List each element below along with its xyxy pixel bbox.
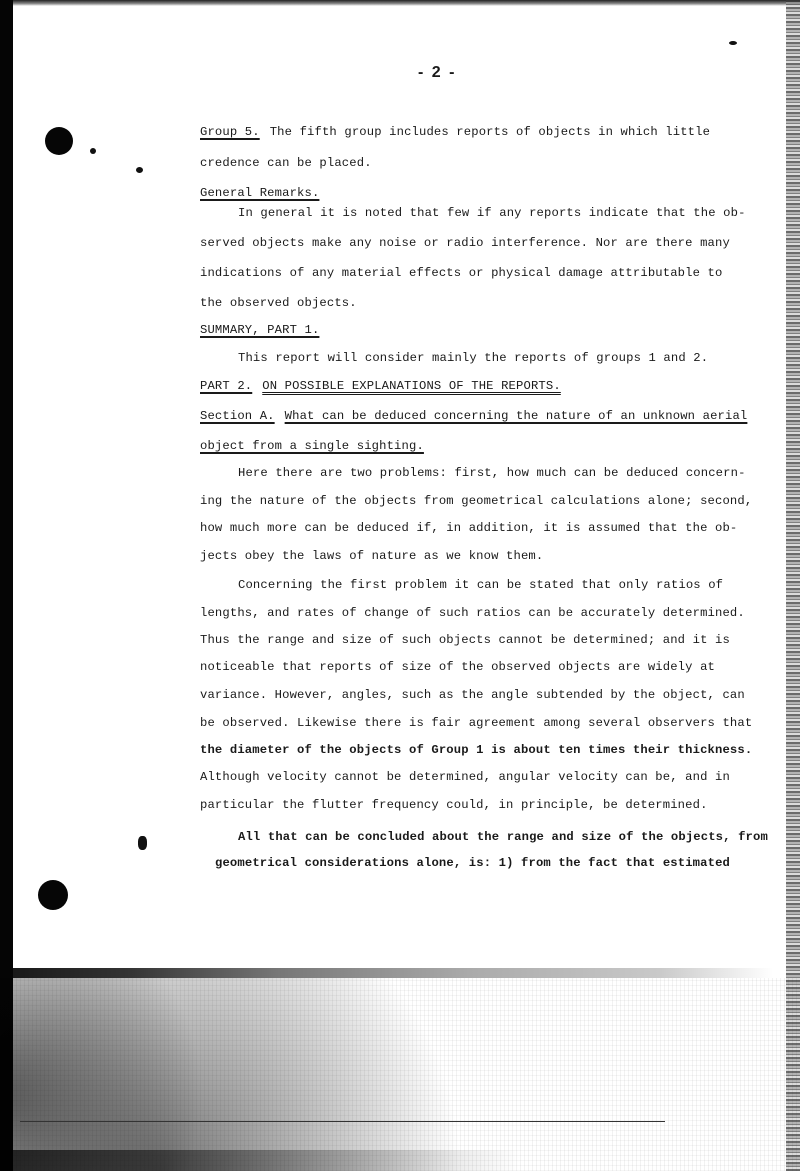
part2-heading: PART 2.ON POSSIBLE EXPLANATIONS OF THE R… <box>200 379 561 393</box>
text-line: variance. However, angles, such as the a… <box>200 688 745 702</box>
text-line: be observed. Likewise there is fair agre… <box>200 716 752 730</box>
punch-hole-bottom <box>38 880 68 910</box>
sectionA-title: What can be deduced concerning the natur… <box>285 409 748 423</box>
text-line: This report will consider mainly the rep… <box>238 351 708 365</box>
text-line: served objects make any noise or radio i… <box>200 236 730 250</box>
text-line: noticeable that reports of size of the o… <box>200 660 715 674</box>
summary-heading: SUMMARY, PART 1. <box>200 323 319 337</box>
page-number: - 2 - <box>418 64 456 82</box>
scan-fold-shadow <box>13 968 773 978</box>
text-line: Concerning the first problem it can be s… <box>238 578 723 592</box>
punch-hole-top <box>45 127 73 155</box>
text-line: geometrical considerations alone, is: 1)… <box>215 856 730 870</box>
text-line: Although velocity cannot be determined, … <box>200 770 730 784</box>
ink-speck <box>729 41 737 45</box>
text-line: particular the flutter frequency could, … <box>200 798 708 812</box>
group5-line: Group 5.The fifth group includes reports… <box>200 125 710 139</box>
text-line: All that can be concluded about the rang… <box>238 830 768 844</box>
text-line: the diameter of the objects of Group 1 i… <box>200 743 752 757</box>
ink-speck <box>138 836 147 850</box>
text-line: jects obey the laws of nature as we know… <box>200 549 543 563</box>
text-line: indications of any material effects or p… <box>200 266 722 280</box>
sectionA-heading: Section A.What can be deduced concerning… <box>200 409 747 423</box>
part2-title: ON POSSIBLE EXPLANATIONS OF THE REPORTS. <box>262 379 561 393</box>
text-line: credence can be placed. <box>200 156 372 170</box>
text-line: Thus the range and size of such objects … <box>200 633 730 647</box>
part2-label: PART 2. <box>200 379 252 393</box>
ink-speck <box>136 167 143 173</box>
scan-rule-line <box>20 1121 665 1122</box>
ink-speck <box>90 148 96 154</box>
general-remarks-heading: General Remarks. <box>200 186 319 200</box>
scan-top-edge <box>0 0 800 6</box>
text-line: the observed objects. <box>200 296 357 310</box>
text-line: how much more can be deduced if, in addi… <box>200 521 737 535</box>
sectionA-label: Section A. <box>200 409 275 423</box>
text-line: Here there are two problems: first, how … <box>238 466 746 480</box>
scan-bottom-shadow <box>0 1150 520 1171</box>
scan-noise-area <box>0 978 800 1171</box>
group5-label: Group 5. <box>200 125 260 139</box>
group5-text: The fifth group includes reports of obje… <box>270 125 710 139</box>
sectionA-title-cont: object from a single sighting. <box>200 439 424 453</box>
text-line: In general it is noted that few if any r… <box>238 206 746 220</box>
scanned-document-page: - 2 - Group 5.The fifth group includes r… <box>0 0 800 1171</box>
text-line: ing the nature of the objects from geome… <box>200 494 752 508</box>
text-line: lengths, and rates of change of such rat… <box>200 606 745 620</box>
